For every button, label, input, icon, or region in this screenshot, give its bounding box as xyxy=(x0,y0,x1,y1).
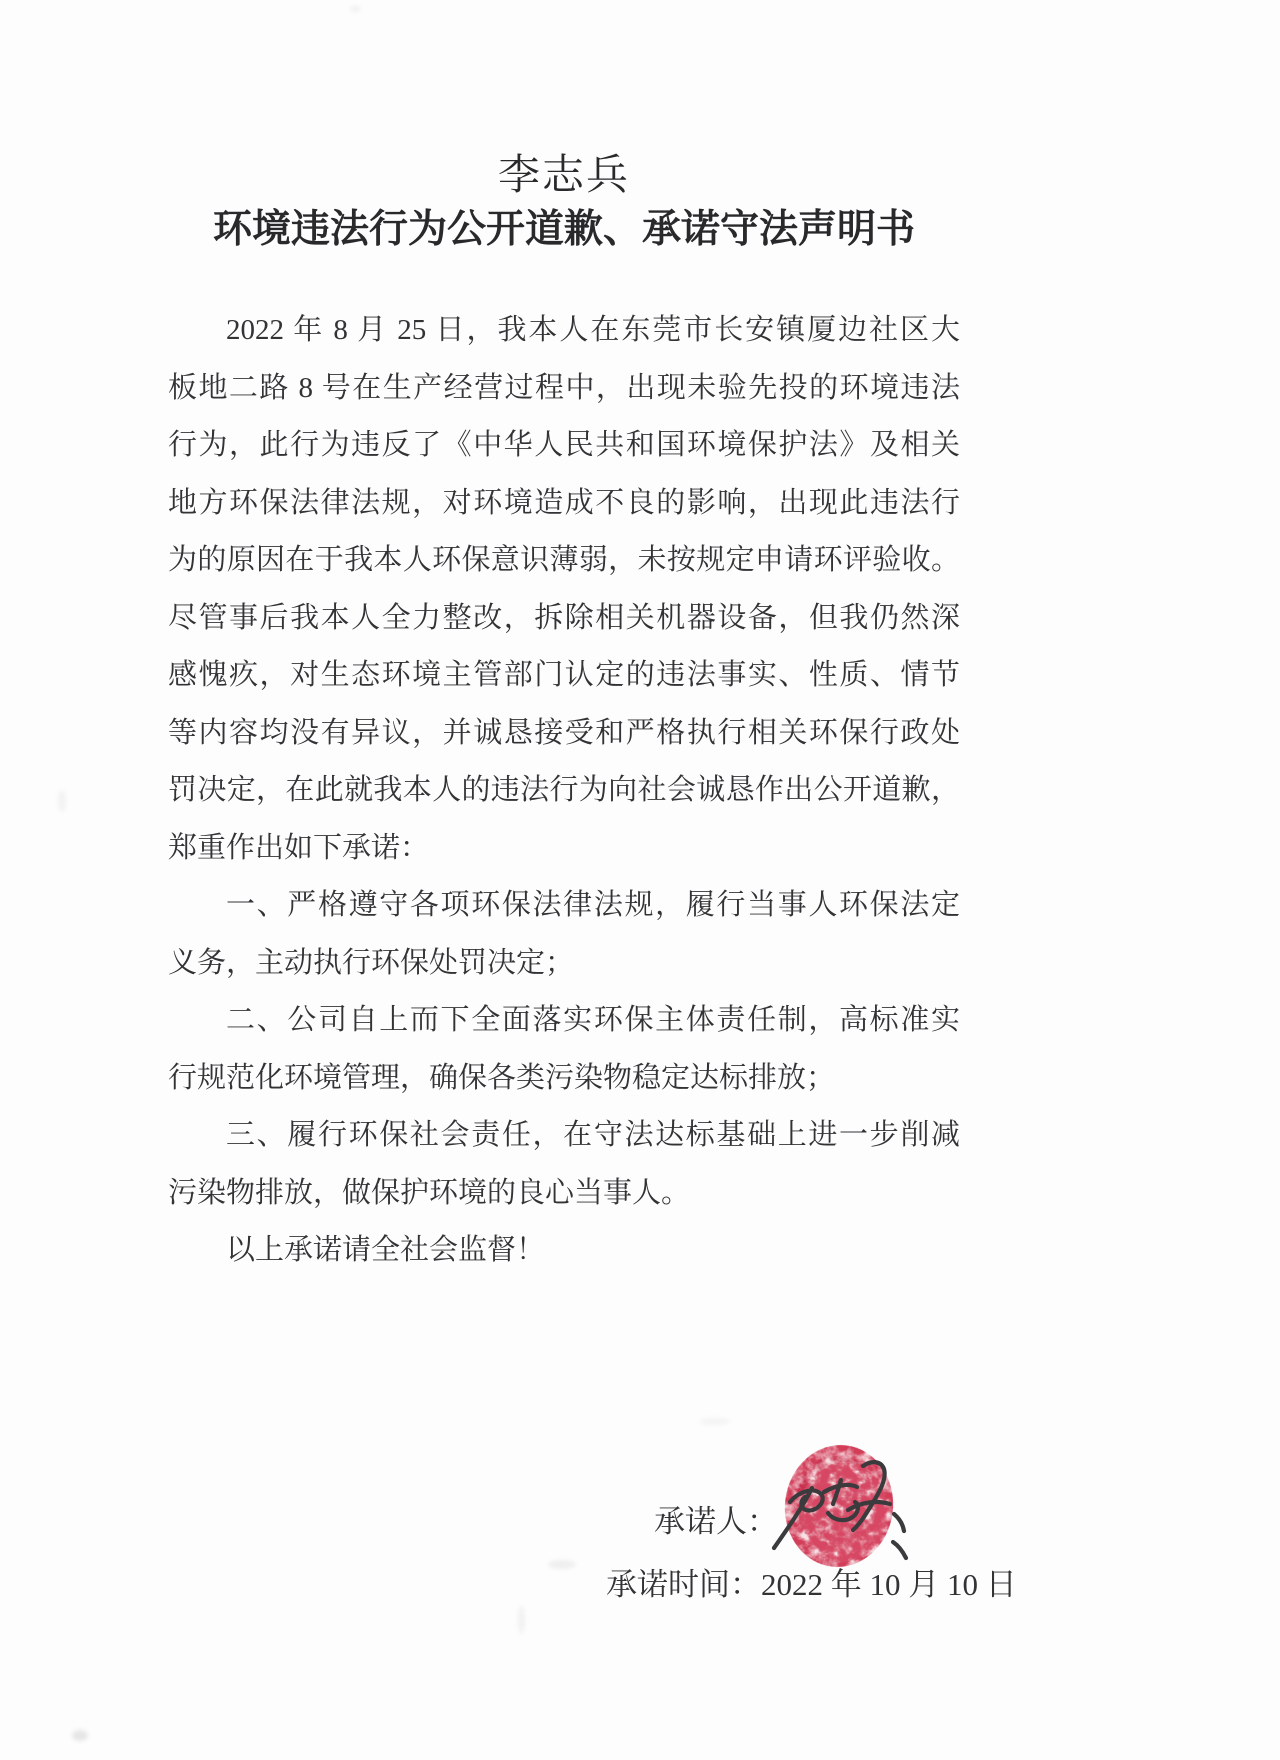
scanned-document-page: 李志兵 环境违法行为公开道歉、承诺守法声明书 2022 年 8 月 25 日，我… xyxy=(0,0,1280,1760)
signature-block: 承诺人： 承诺时间：2022 年 10 月 10 日 xyxy=(168,1490,960,1616)
commitment-date-label: 承诺时间： xyxy=(606,1567,761,1602)
body-line: 尽管事后我本人全力整改，拆除相关机器设备，但我仍然深 xyxy=(168,590,960,648)
body-line: 板地二路 8 号在生产经营过程中，出现未验先投的环境违法 xyxy=(168,360,960,418)
scan-speck xyxy=(548,1560,576,1569)
body-line: 罚决定，在此就我本人的违法行为向社会诚恳作出公开道歉， xyxy=(168,762,960,820)
body-lines: 2022 年 8 月 25 日，我本人在东莞市长安镇厦边社区大板地二路 8 号在… xyxy=(168,302,960,1280)
scan-speck xyxy=(58,790,66,812)
document-subtitle: 环境违法行为公开道歉、承诺守法声明书 xyxy=(168,202,960,257)
body-line: 郑重作出如下承诺： xyxy=(168,820,960,878)
commitment-date-value: 2022 年 10 月 10 日 xyxy=(761,1567,1017,1602)
body-line: 感愧疚，对生态环境主管部门认定的违法事实、性质、情节 xyxy=(168,647,960,705)
body-line: 一、严格遵守各项环保法律法规，履行当事人环保法定 xyxy=(168,877,960,935)
body-line: 等内容均没有异议，并诚恳接受和严格执行相关环保行政处 xyxy=(168,705,960,763)
body-line: 三、履行环保社会责任，在守法达标基础上进一步削减 xyxy=(168,1107,960,1165)
body-line: 以上承诺请全社会监督！ xyxy=(168,1222,960,1280)
document-title: 李志兵 xyxy=(168,150,960,202)
body-line: 二、公司自上而下全面落实环保主体责任制，高标准实 xyxy=(168,992,960,1050)
body-line: 地方环保法律法规，对环境造成不良的影响，出现此违法行 xyxy=(168,475,960,533)
body-line: 2022 年 8 月 25 日，我本人在东莞市长安镇厦边社区大 xyxy=(168,302,960,360)
scan-speck xyxy=(700,1418,730,1425)
body-line: 为的原因在于我本人环保意识薄弱，未按规定申请环评验收。 xyxy=(168,532,960,590)
body-line: 义务，主动执行环保处罚决定； xyxy=(168,935,960,993)
scan-speck xyxy=(72,1730,88,1741)
body-line: 行规范化环境管理，确保各类污染物稳定达标排放； xyxy=(168,1050,960,1108)
scan-speck xyxy=(518,1606,525,1634)
body-line: 污染物排放，做保护环境的良心当事人。 xyxy=(168,1165,960,1223)
promisor-row: 承诺人： xyxy=(654,1490,960,1553)
document-content: 李志兵 环境违法行为公开道歉、承诺守法声明书 2022 年 8 月 25 日，我… xyxy=(168,0,960,1616)
body-line: 行为，此行为违反了《中华人民共和国环境保护法》及相关 xyxy=(168,417,960,475)
commitment-date-row: 承诺时间：2022 年 10 月 10 日 xyxy=(606,1553,960,1616)
promisor-label: 承诺人： xyxy=(654,1504,778,1539)
scan-speck xyxy=(350,6,361,12)
